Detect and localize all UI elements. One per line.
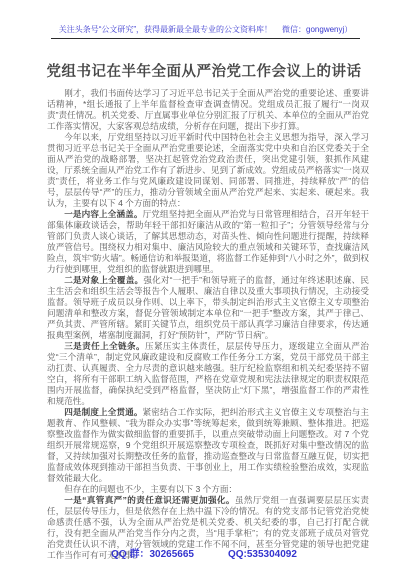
- paragraph-lead: 一是“真管真严”的责任意识还需更加强化。: [64, 495, 235, 505]
- promo-header-text: 关注头条号“公文研究”，获得最新最全最专业的公文资料库！: [59, 25, 272, 34]
- paragraph: 四是制度上全贯通。紧密结合工作实际，把纠治形式主义官僚主义专项整治与主题教育、作…: [47, 407, 369, 484]
- page-title: 党组书记在半年全面从严治党工作会议上的讲话: [0, 60, 408, 81]
- paragraph-lead: 二是对象上全覆盖。: [64, 275, 143, 285]
- qq-group-number: QQ 群：30265665: [111, 549, 194, 560]
- paragraph: 刚才，我们书面传达学习了习近平总书记关于全面从严治党的重要论述、重要讲话精神，*…: [47, 88, 369, 132]
- promo-header: 关注头条号“公文研究”，获得最新最全最专业的公文资料库！微信：gongwenyj…: [51, 25, 360, 39]
- paragraph-lead: 四是制度上全贯通。: [64, 407, 142, 417]
- document-body: 刚才，我们书面传达学习了习近平总书记关于全面从严治党的重要论述、重要讲话精神，*…: [47, 88, 369, 561]
- paragraph-text: 紧密结合工作实际，把纠治形式主义官僚主义专项整治与主题教育、作风整顿、“我为群众…: [47, 407, 369, 483]
- qq-number: QQ:535304092: [228, 549, 297, 560]
- paragraph-lead: 三是责任上全链条。: [64, 341, 145, 351]
- paragraph: 但存在的问题也不少，主要有以下 3 个方面：: [47, 484, 369, 495]
- paragraph-text: 今年以来，厅党组坚持以习近平新时代中国特色社会主义思想为指导，深入学习贯彻习近平…: [47, 132, 369, 208]
- paragraph-text: 刚才，我们书面传达学习了习近平总书记关于全面从严治党的重要论述、重要讲话精神，*…: [47, 88, 369, 131]
- paragraph-text: 但存在的问题也不少，主要有以下 3 个方面：: [64, 484, 237, 494]
- paragraph-lead: 一是内容上全涵盖。: [64, 209, 142, 219]
- paragraph: 三是责任上全链条。压紧压实主体责任，层层传导压力，逐级建立全面从严治党“三个清单…: [47, 341, 369, 407]
- paragraph: 二是对象上全覆盖。强化对“一把手”和领导班子的监督，通过年终述职述廉、民主生活会…: [47, 275, 369, 341]
- paragraph: 一是内容上全涵盖。厅党组坚持把全面从严治党与日常管理相结合，召开年轻干部集体廉政…: [47, 209, 369, 275]
- promo-header-contact: 微信：gongwenyj）: [282, 25, 352, 34]
- paragraph: 今年以来，厅党组坚持以习近平新时代中国特色社会主义思想为指导，深入学习贯彻习近平…: [47, 132, 369, 209]
- promo-footer: QQ 群：30265665QQ:535304092: [0, 545, 408, 560]
- document-page: 关注头条号“公文研究”，获得最新最全最专业的公文资料库！微信：gongwenyj…: [0, 0, 408, 580]
